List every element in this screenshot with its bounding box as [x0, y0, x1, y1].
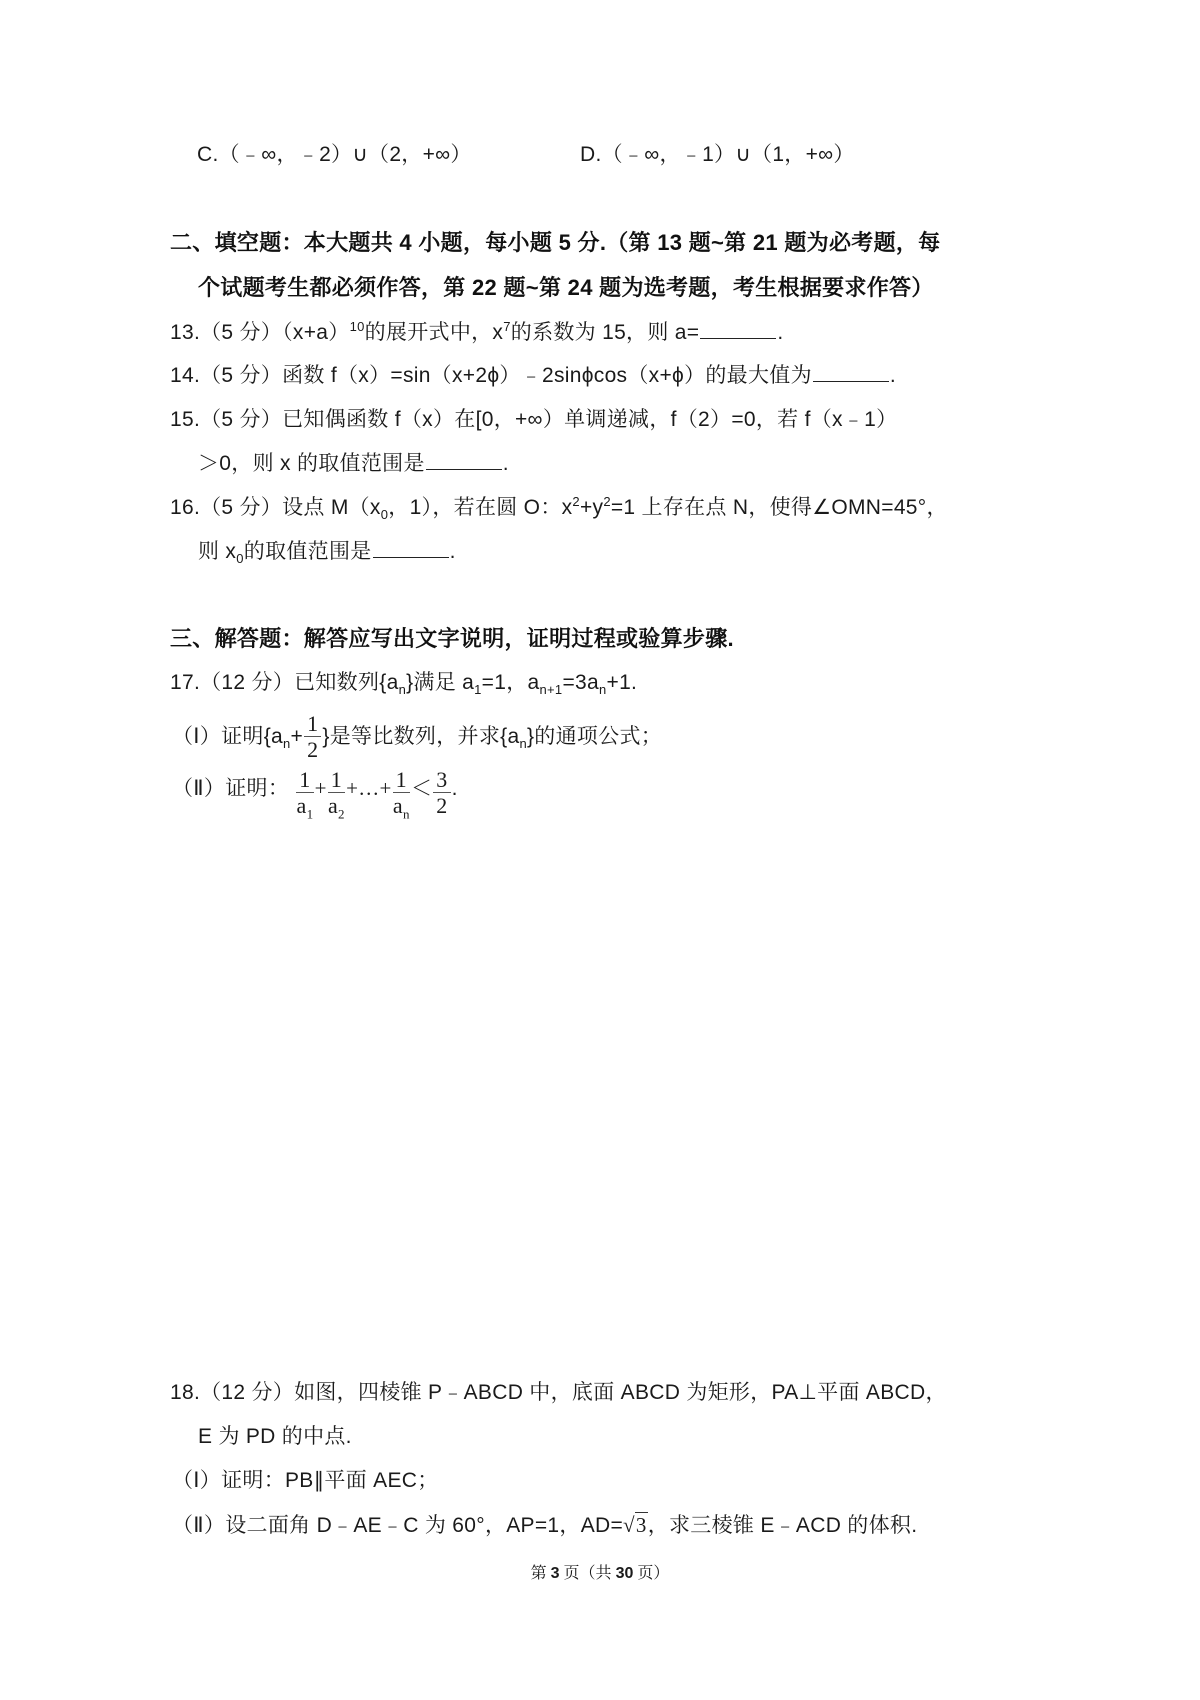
fraction-numerator: 1: [393, 768, 410, 793]
q17-part1-text: }的通项公式；: [527, 725, 662, 748]
answer-blank: [813, 361, 889, 382]
fraction-denominator: a2: [328, 793, 345, 819]
answer-blank: [700, 318, 776, 339]
question-16-line2: 则 x0的取值范围是.: [198, 537, 456, 567]
page-number: 3: [551, 1565, 560, 1582]
sqrt-radicand: 3: [635, 1512, 648, 1537]
ellipsis-plus: +…+: [346, 776, 392, 800]
q17-part: }满足 a: [406, 671, 474, 694]
q17-subscript: n+1: [540, 682, 563, 697]
q16-end: .: [450, 540, 456, 563]
q15-line2-text: ＞0，则 x 的取值范围是: [198, 452, 425, 475]
q15-end: .: [503, 452, 509, 475]
section2-header-line2: 个试题考生都必须作答，第 22 题~第 24 题为选考题，考生根据要求作答）: [198, 273, 934, 303]
q17-subscript: n: [399, 682, 407, 697]
question-14: 14.（5 分）函数 f（x）=sin（x+2ϕ）﹣2sinϕcos（x+ϕ）的…: [170, 361, 896, 391]
fraction-denominator: a1: [296, 793, 313, 819]
total-pages: 30: [616, 1565, 634, 1582]
fraction-three-halves: 32: [433, 768, 450, 819]
less-than-sign: ＜: [411, 776, 432, 800]
denominator-subscript: 1: [307, 806, 314, 821]
denominator-base: a: [296, 793, 306, 818]
q17-part: +1.: [607, 671, 638, 694]
option-c: C.（﹣∞，﹣2）∪（2，+∞）: [197, 140, 472, 170]
square-root: √3: [623, 1510, 648, 1541]
q16-superscript: 2: [603, 494, 611, 509]
q16-part: +y: [580, 496, 603, 519]
q13-exponent: 10: [350, 319, 365, 334]
q17-part: =1，a: [482, 671, 540, 694]
denominator-subscript: n: [403, 806, 410, 821]
plus-sign: +: [291, 725, 304, 748]
question-13: 13.（5 分）（x+a）10的展开式中，x7的系数为 15，则 a=.: [170, 318, 783, 348]
q17-part: 17.（12 分）已知数列{a: [170, 671, 399, 694]
q17-subscript: n: [519, 736, 527, 751]
q14-end: .: [890, 364, 896, 387]
question-18-line2: E 为 PD 的中点.: [198, 1422, 352, 1452]
fraction-numerator: 1: [296, 768, 313, 793]
q13-exponent2: 7: [503, 319, 511, 334]
footer-text: 页（共: [560, 1565, 616, 1582]
option-d: D.（﹣∞，﹣1）∪（1，+∞）: [580, 140, 855, 170]
fraction-one-half: 12: [304, 712, 321, 763]
q16-part: ，1），若在圆 O：x: [388, 496, 572, 519]
q17-part: =3a: [562, 671, 599, 694]
question-18-line1: 18.（12 分）如图，四棱锥 P﹣ABCD 中，底面 ABCD 为矩形，PA⊥…: [170, 1378, 947, 1408]
question-15-line2: ＞0，则 x 的取值范围是.: [198, 449, 509, 479]
q17-subscript: 1: [474, 682, 482, 697]
question-15-line1: 15.（5 分）已知偶函数 f（x）在[0，+∞）单调递减，f（2）=0，若 f…: [170, 405, 897, 435]
q16-superscript: 2: [572, 494, 580, 509]
sqrt-symbol: √: [623, 1513, 635, 1537]
fraction-1-over-a2: 1a2: [328, 768, 345, 819]
question-16-line1: 16.（5 分）设点 M（x0，1），若在圆 O：x2+y2=1 上存在点 N，…: [170, 493, 948, 523]
q14-text: 14.（5 分）函数 f（x）=sin（x+2ϕ）﹣2sinϕcos（x+ϕ）的…: [170, 364, 812, 387]
answer-blank: [426, 449, 502, 470]
footer-text: 页）: [633, 1565, 669, 1582]
question-18-part2: （Ⅱ）设二面角 D﹣AE﹣C 为 60°，AP=1，AD=√3，求三棱锥 E﹣A…: [172, 1510, 917, 1541]
question-17-part2: （Ⅱ）证明： 1a1+1a2+…+1an＜32.: [172, 768, 458, 819]
page-footer: 第 3 页（共 30 页）: [0, 1560, 1200, 1583]
q16-subscript: 0: [236, 551, 244, 566]
denominator-base: a: [328, 793, 338, 818]
footer-text: 第: [531, 1565, 551, 1582]
q13-end: .: [777, 321, 783, 344]
denominator-base: a: [393, 793, 403, 818]
q16-part: 16.（5 分）设点 M（x: [170, 496, 381, 519]
denominator-subscript: 2: [338, 806, 345, 821]
exam-page: C.（﹣∞，﹣2）∪（2，+∞） D.（﹣∞，﹣1）∪（1，+∞） 二、填空题：…: [0, 0, 1200, 1700]
fraction-denominator: 2: [433, 793, 450, 819]
answer-blank: [373, 537, 449, 558]
q16-part: 的取值范围是: [244, 540, 372, 563]
fraction-numerator: 3: [433, 768, 450, 793]
question-18-part1: （Ⅰ）证明：PB∥平面 AEC；: [172, 1466, 439, 1496]
section2-header-line1: 二、填空题：本大题共 4 小题，每小题 5 分.（第 13 题~第 21 题为必…: [170, 228, 940, 258]
fraction-numerator: 1: [328, 768, 345, 793]
fraction-denominator: an: [393, 793, 410, 819]
plus-sign: +: [315, 776, 327, 800]
section3-header: 三、解答题：解答应写出文字说明，证明过程或验算步骤.: [170, 624, 734, 654]
q17-subscript: n: [599, 682, 607, 697]
question-17: 17.（12 分）已知数列{an}满足 a1=1，an+1=3an+1.: [170, 668, 637, 698]
q13-prefix: 13.（5 分）（x+a）: [170, 321, 350, 344]
period: .: [452, 777, 458, 800]
question-17-part1: （Ⅰ）证明{an+12}是等比数列，并求{an}的通项公式；: [172, 712, 662, 763]
q17-part1-text: （Ⅰ）证明{a: [172, 725, 283, 748]
q16-part: =1 上存在点 N，使得∠OMN=45°，: [611, 496, 948, 519]
q18-part2-text: （Ⅱ）设二面角 D﹣AE﹣C 为 60°，AP=1，AD=: [172, 1514, 623, 1537]
q13-tail: 的系数为 15，则 a=: [511, 321, 700, 344]
fraction-1-over-a1: 1a1: [296, 768, 313, 819]
q16-part: 则 x: [198, 540, 236, 563]
q17-part1-text: }是等比数列，并求{a: [322, 725, 519, 748]
fraction-numerator: 1: [304, 712, 321, 737]
q18-part2-text: ，求三棱锥 E﹣ACD 的体积.: [648, 1514, 918, 1537]
fraction-denominator: 2: [304, 737, 321, 763]
q13-mid: 的展开式中，x: [365, 321, 504, 344]
q17-subscript: n: [283, 736, 291, 751]
q17-part2-label: （Ⅱ）证明：: [172, 777, 289, 800]
fraction-1-over-an: 1an: [393, 768, 410, 819]
